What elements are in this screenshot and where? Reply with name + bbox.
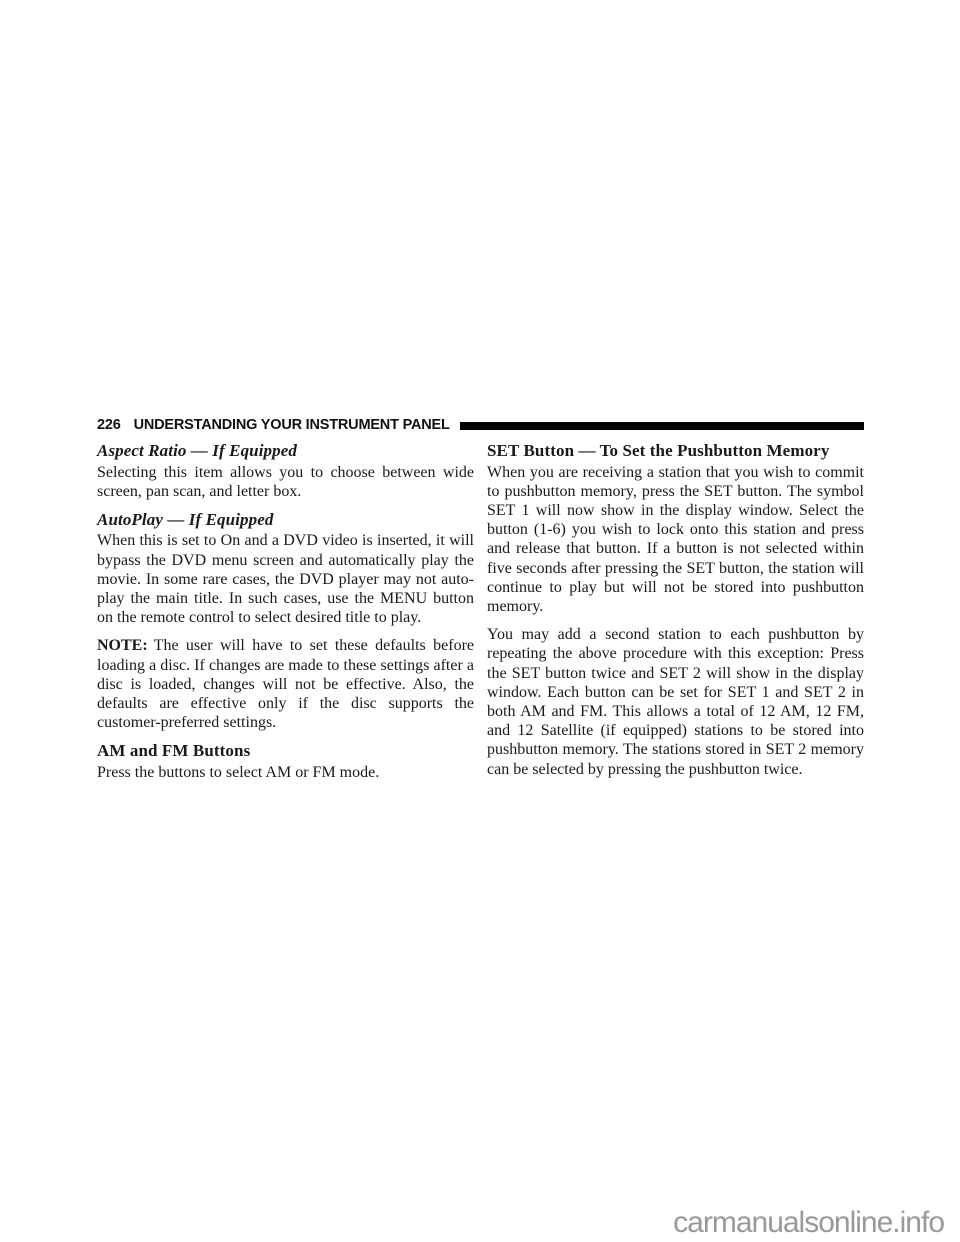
section-body-autoplay: When this is set to On and a DVD video i… [97, 531, 474, 627]
set-button-paragraph-1: When you are receiving a station that yo… [487, 463, 864, 617]
section-heading-autoplay: AutoPlay — If Equipped [97, 510, 474, 529]
left-column: Aspect Ratio — If Equipped Selecting thi… [97, 441, 474, 791]
header-divider-bar [460, 422, 864, 430]
section-body-aspect-ratio: Selecting this item allows you to choose… [97, 463, 474, 501]
header-title: UNDERSTANDING YOUR INSTRUMENT PANEL [134, 417, 450, 433]
section-body-am-fm-buttons: Press the buttons to select AM or FM mod… [97, 763, 474, 782]
section-heading-aspect-ratio: Aspect Ratio — If Equipped [97, 441, 474, 460]
set-button-paragraph-2: You may add a second station to each pus… [487, 625, 864, 779]
watermark: carmanualsonline.info [673, 1206, 944, 1240]
two-column-text: Aspect Ratio — If Equipped Selecting thi… [97, 441, 864, 791]
right-column: SET Button — To Set the Pushbutton Memor… [487, 441, 864, 791]
section-heading-set-button: SET Button — To Set the Pushbutton Memor… [487, 441, 864, 460]
section-heading-am-fm-buttons: AM and FM Buttons [97, 741, 474, 760]
note-paragraph: NOTE:The user will have to set these def… [97, 636, 474, 732]
note-label: NOTE: [97, 637, 148, 654]
note-text: The user will have to set these defaults… [97, 637, 474, 731]
manual-page: 226 UNDERSTANDING YOUR INSTRUMENT PANEL … [0, 0, 960, 1242]
page-header: 226 UNDERSTANDING YOUR INSTRUMENT PANEL [97, 417, 864, 433]
page-number: 226 [97, 417, 121, 433]
